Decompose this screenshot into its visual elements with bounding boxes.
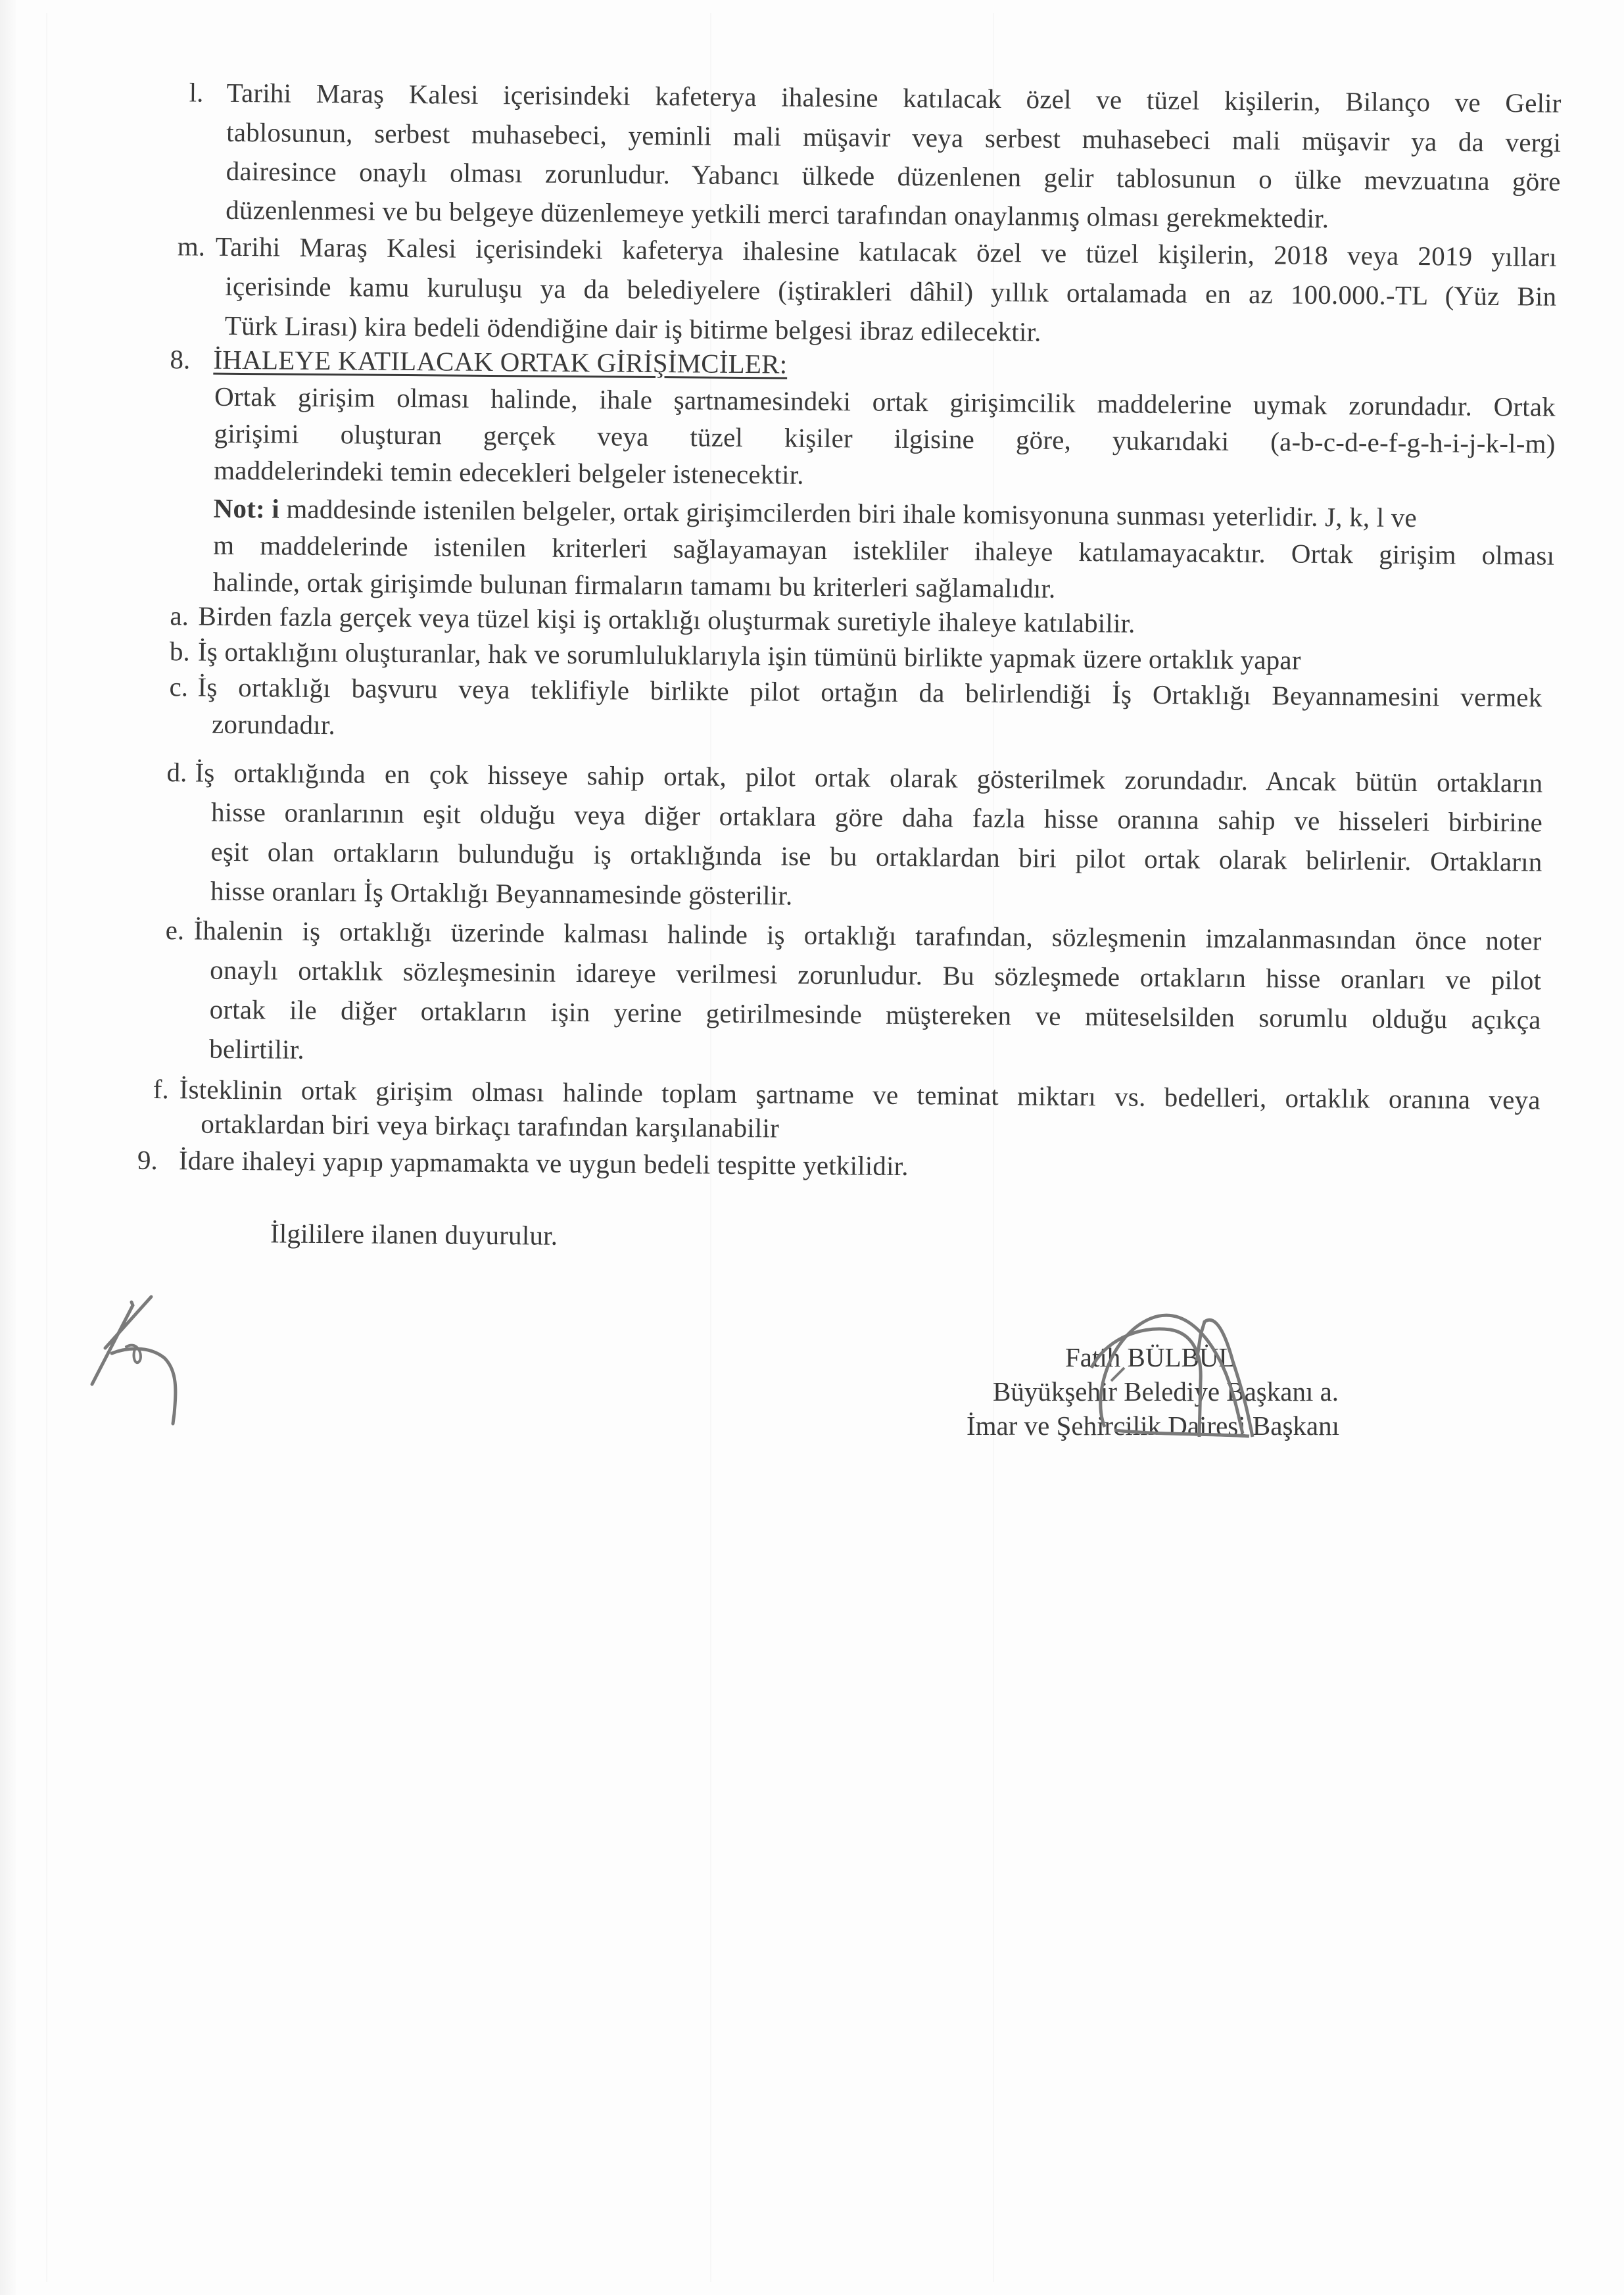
subitem-f-line: ortaklardan biri veya birkaçı tarafından… (201, 1108, 779, 1144)
subitem-c-line: İş ortaklığı başvuru veya teklifiyle bir… (197, 671, 1542, 713)
subitem-d-line: hisse oranları İş Ortaklığı Beyannamesin… (210, 875, 793, 911)
item-marker: l. (189, 76, 203, 108)
intro-line: girişimi oluşturan gerçek veya tüzel kiş… (214, 418, 1555, 460)
closing-text: İlgililere ilanen duyurulur. (270, 1217, 558, 1251)
note-line: m maddelerinde istenilen kriterleri sağl… (213, 529, 1554, 571)
item-m: m. Tarihi Maraş Kalesi içerisindeki kafe… (1, 0, 1624, 12)
note-text: maddesinde istenilen belgeler, ortak gir… (286, 494, 1417, 533)
item-l-line: Tarihi Maraş Kalesi içerisindeki kafeter… (226, 77, 1561, 119)
item-l-line: dairesince onaylı olması zorunludur. Yab… (226, 155, 1561, 197)
subitem-c-line: zorundadır. (212, 708, 335, 740)
subitem-marker: e. (165, 914, 184, 946)
section-9: 9. İdare ihaleyi yapıp yapmamakta ve uyg… (1, 0, 1624, 12)
item-l: l. Tarihi Maraş Kalesi içerisindeki kafe… (1, 0, 1624, 12)
subitem-marker: b. (170, 635, 190, 667)
item-m-line: içerisinde kamu kuruluşu ya da belediyel… (225, 270, 1556, 312)
note-ref: i (272, 493, 279, 523)
subitem-a-line: Birden fazla gerçek veya tüzel kişi iş o… (198, 600, 1135, 639)
subitem-d-line: İş ortaklığında en çok hisseye sahip ort… (195, 756, 1542, 798)
subitem-d-line: eşit olan ortakların bulunduğu iş ortakl… (210, 836, 1542, 878)
section-marker: 8. (170, 343, 190, 375)
subitem-e-line: onaylı ortaklık sözleşmesinin idareye ve… (210, 954, 1541, 996)
subitem-b-line: İş ortaklığını oluşturanlar, hak ve soru… (198, 636, 1301, 676)
item-l-line: düzenlenmesi ve bu belgeye düzenlemeye y… (226, 194, 1329, 234)
section-9-text: İdare ihaleyi yapıp yapmamakta ve uygun … (179, 1144, 909, 1182)
subitem-marker: d. (166, 756, 187, 788)
intro-line: Ortak girişim olması halinde, ihale şart… (214, 381, 1556, 423)
section-8: 8. İHALEYE KATILACAK ORTAK GİRİŞİMCİLER:… (1, 0, 1624, 12)
initial-signature (85, 1276, 204, 1434)
subitem-e-line: İhalenin iş ortaklığı üzerinde kalması h… (193, 914, 1541, 956)
note-label: Not: (214, 493, 266, 524)
item-l-line: tablosunun, serbest muhasebeci, yeminli … (226, 116, 1561, 158)
note-first-line: Not: i maddesinde istenilen belgeler, or… (214, 493, 1418, 533)
item-m-line: Tarihi Maraş Kalesi içerisindeki kafeter… (216, 231, 1557, 273)
item-m-line: Türk Lirası) kira bedeli ödendiğine dair… (225, 310, 1041, 348)
intro-line: maddelerindeki temin edecekleri belgeler… (214, 454, 804, 491)
subitem-d-line: hisse oranlarının eşit olduğu veya diğer… (211, 796, 1542, 838)
subitem-marker: a. (170, 600, 189, 631)
section-marker: 9. (137, 1144, 158, 1176)
subitem-marker: c. (169, 671, 188, 702)
item-marker: m. (178, 230, 206, 262)
subitem-e-line: belirtilir. (209, 1033, 304, 1065)
subitem-e-line: ortak ile diğer ortakların işin yerine g… (210, 994, 1541, 1036)
section-heading: İHALEYE KATILACAK ORTAK GİRİŞİMCİLER: (213, 344, 787, 380)
document-page: l. Tarihi Maraş Kalesi içerisindeki kafe… (0, 0, 1624, 1524)
note-line: halinde, ortak girişimde bulunan firmala… (213, 566, 1056, 604)
official-signature (1052, 1295, 1328, 1453)
subitem-marker: f. (153, 1073, 169, 1105)
